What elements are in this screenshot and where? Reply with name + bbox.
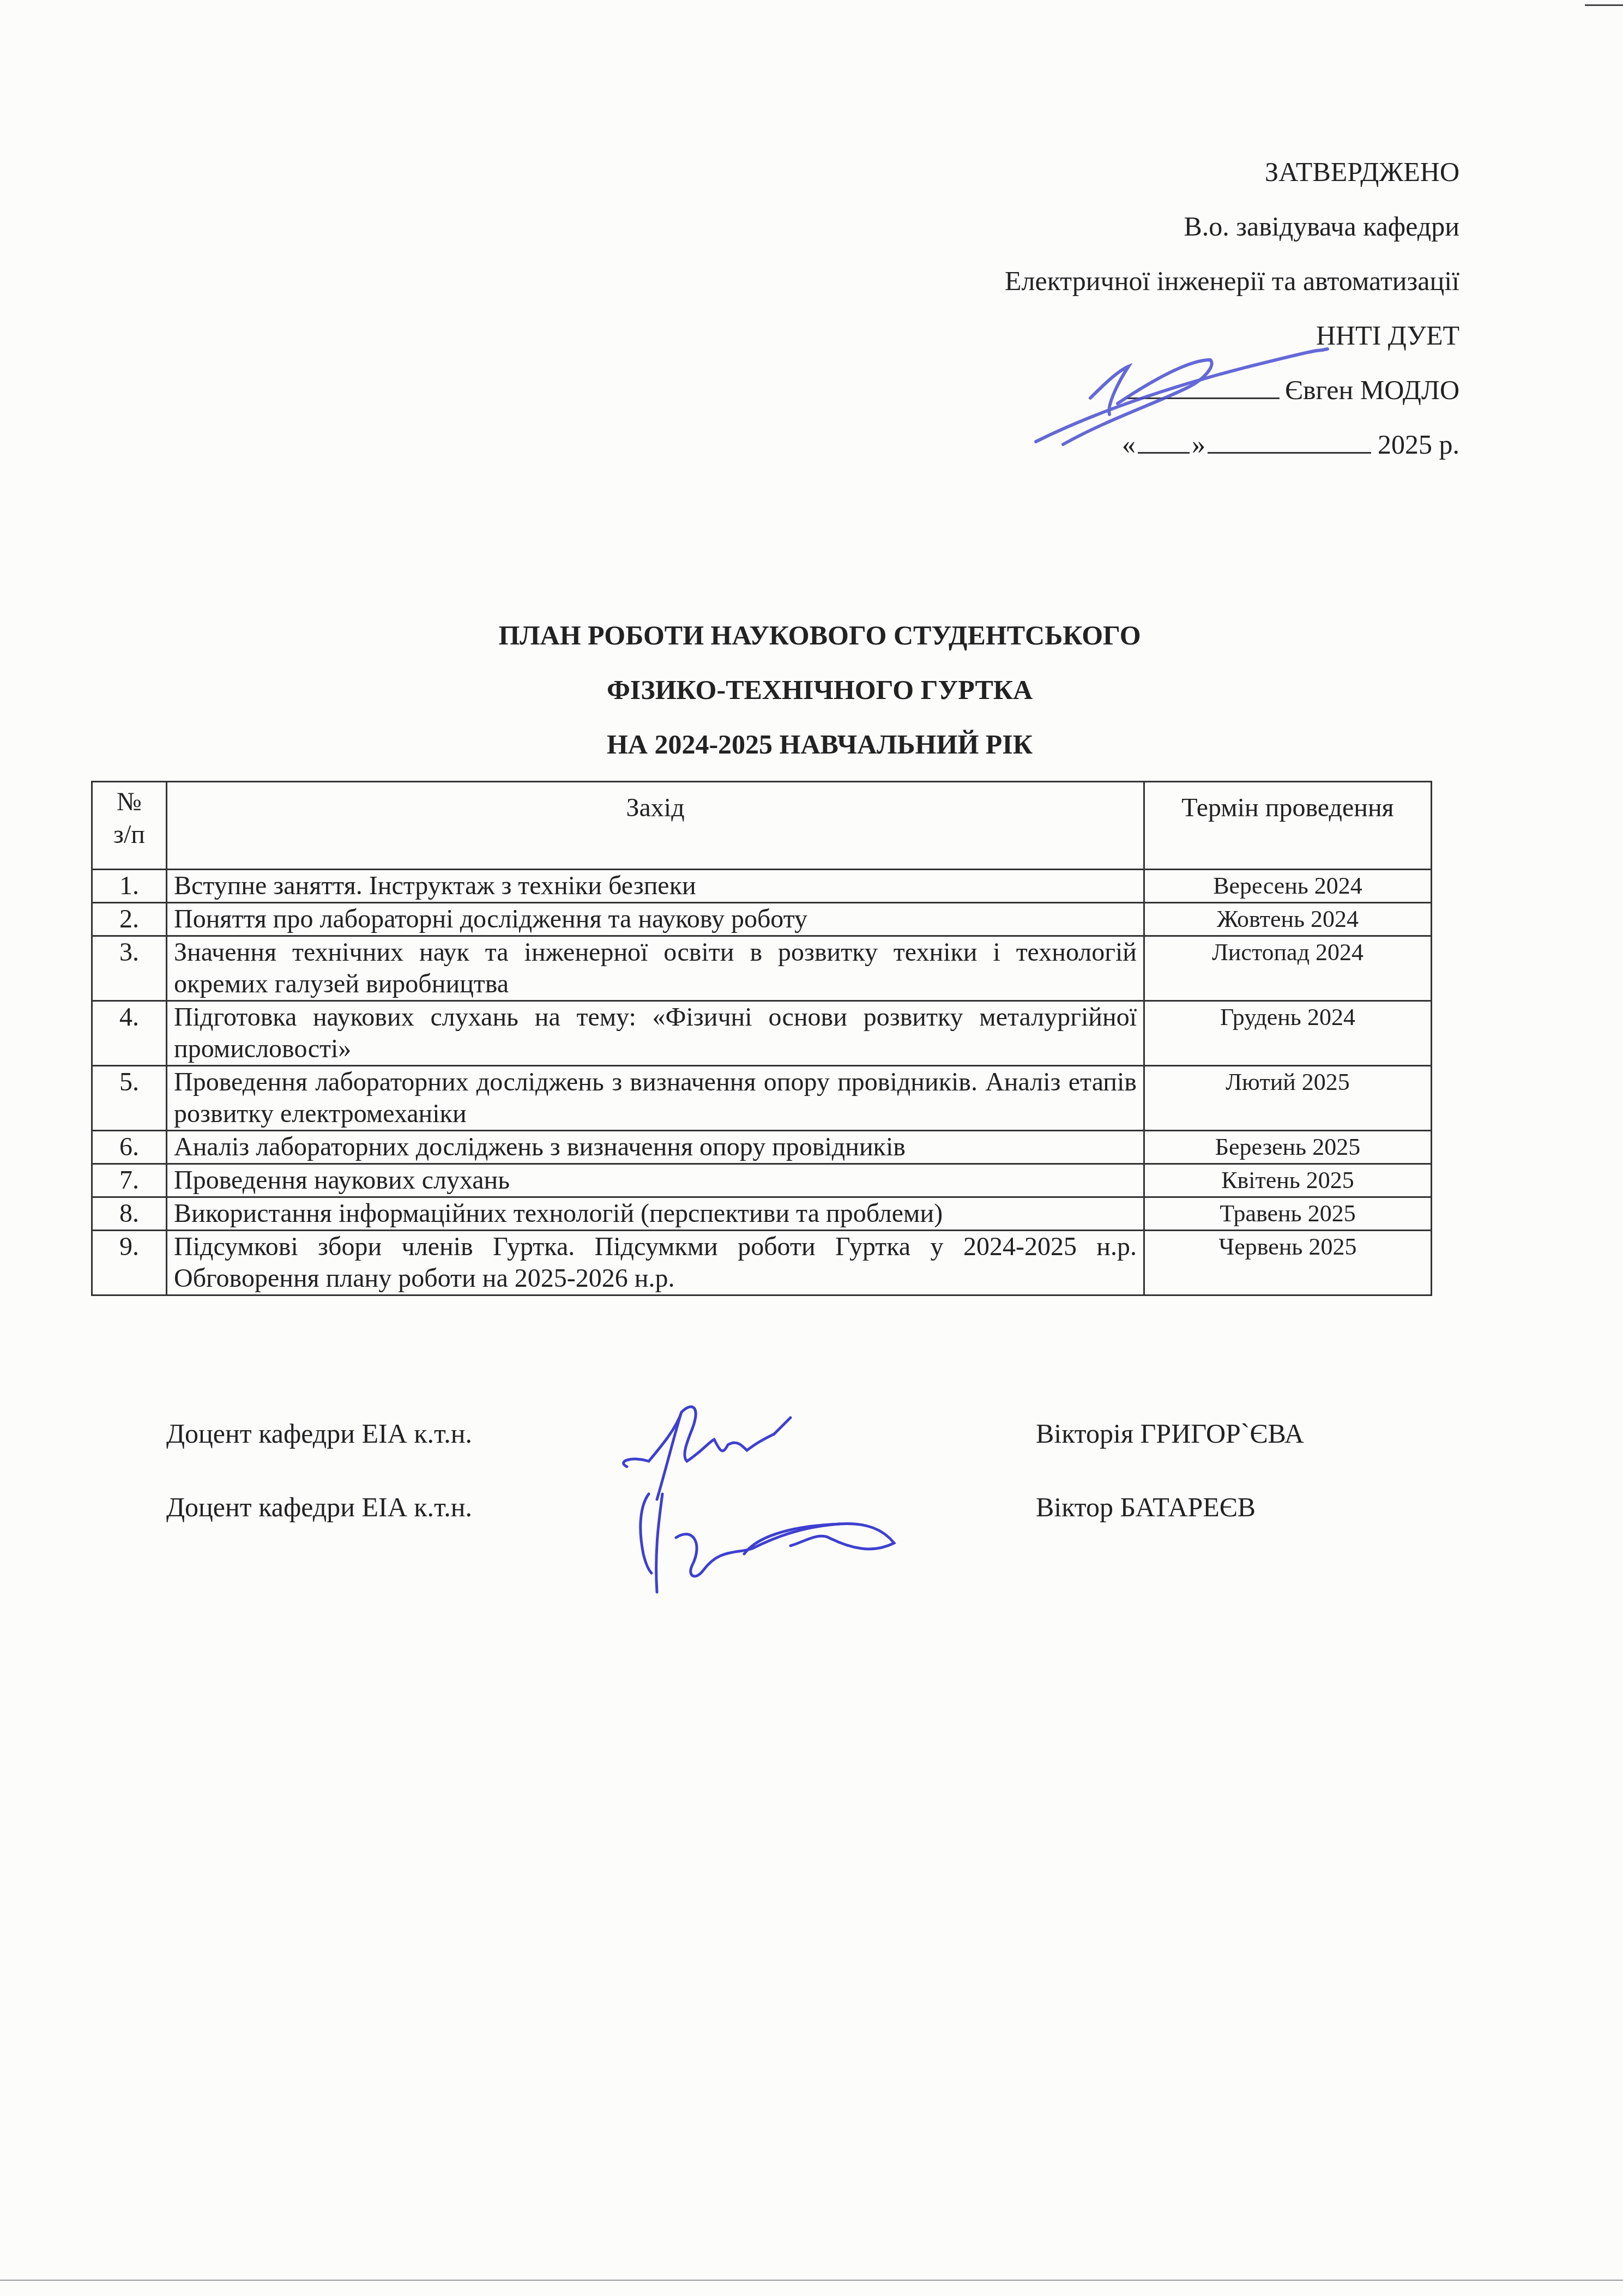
row-event: Вступне заняття. Інструктаж з техніки бе… [167,870,1144,903]
approval-heading: ЗАТВЕРДЖЕНО [751,144,1459,199]
row-event: Значення технічних наук та інженерної ос… [167,936,1144,1001]
table-row: 1.Вступне заняття. Інструктаж з техніки … [92,870,1432,903]
table-row: 5.Проведення лабораторних досліджень з в… [92,1066,1432,1131]
signature-row: Доцент кафедри ЕІА к.т.н. Вікторія ГРИГО… [166,1418,1420,1491]
row-event: Поняття про лабораторні дослідження та н… [167,903,1144,936]
header-date: Термін проведення [1144,782,1432,870]
approval-signatory: Євген МОДЛО [1285,375,1459,405]
date-open-quote: « [1122,429,1136,460]
row-date: Червень 2025 [1144,1231,1432,1295]
row-event: Проведення лабораторних досліджень з виз… [167,1066,1144,1131]
row-number: 1. [92,870,167,903]
title-line-1: ПЛАН РОБОТИ НАУКОВОГО СТУДЕНТСЬКОГО [16,608,1623,662]
signer-name: Віктор БАТАРЕЄВ [1036,1491,1256,1523]
signatures-block: Доцент кафедри ЕІА к.т.н. Вікторія ГРИГО… [166,1418,1420,1565]
date-close-quote: » [1192,429,1205,460]
row-event: Аналіз лабораторних досліджень з визначе… [167,1131,1144,1164]
approval-block: ЗАТВЕРДЖЕНО В.о. завідувача кафедри Елек… [751,144,1459,472]
header-event: Захід [167,782,1144,870]
approval-date-line: «»2025 р. [751,417,1459,472]
approval-position: В.о. завідувача кафедри [751,199,1459,254]
row-event: Підготовка наукових слухань на тему: «Фі… [167,1001,1144,1066]
scan-edge-bottom [0,2280,1623,2281]
table-row: 3.Значення технічних наук та інженерної … [92,936,1432,1001]
table-row: 6.Аналіз лабораторних досліджень з визна… [92,1131,1432,1164]
scan-edge-top-right [1585,4,1623,6]
approval-signature-line: Євген МОДЛО [751,363,1459,417]
table-row: 2.Поняття про лабораторні дослідження та… [92,903,1432,936]
row-date: Жовтень 2024 [1144,903,1432,936]
approval-institution: ННТІ ДУЕТ [751,308,1459,363]
table-row: 9.Підсумкові збори членів Гуртка. Підсум… [92,1231,1432,1295]
row-number: 5. [92,1066,167,1131]
date-year: 2025 р. [1378,429,1459,460]
table-row: 7.Проведення наукових слуханьКвітень 202… [92,1164,1432,1197]
row-date: Листопад 2024 [1144,936,1432,1001]
table-header-row: № з/п Захід Термін проведення [92,782,1432,870]
approval-department: Електричної інженерії та автоматизації [751,254,1459,308]
document-title: ПЛАН РОБОТИ НАУКОВОГО СТУДЕНТСЬКОГО ФІЗИ… [0,608,1623,772]
row-number: 4. [92,1001,167,1066]
row-date: Лютий 2025 [1144,1066,1432,1131]
header-number: № з/п [92,782,167,870]
row-date: Вересень 2024 [1144,870,1432,903]
signer-role: Доцент кафедри ЕІА к.т.н. [166,1491,472,1523]
signer-role: Доцент кафедри ЕІА к.т.н. [166,1418,472,1449]
row-number: 3. [92,936,167,1001]
row-date: Травень 2025 [1144,1197,1432,1231]
signer-name: Вікторія ГРИГОР`ЄВА [1036,1418,1304,1449]
month-blank [1208,425,1371,454]
row-date: Грудень 2024 [1144,1001,1432,1066]
day-blank [1138,425,1190,454]
signature-row: Доцент кафедри ЕІА к.т.н. Віктор БАТАРЕЄ… [166,1491,1420,1565]
table-row: 4.Підготовка наукових слухань на тему: «… [92,1001,1432,1066]
table-row: 8.Використання інформаційних технологій … [92,1197,1432,1231]
plan-table: № з/п Захід Термін проведення 1.Вступне … [91,781,1432,1296]
row-number: 7. [92,1164,167,1197]
title-line-2: ФІЗИКО-ТЕХНІЧНОГО ГУРТКА [16,662,1623,717]
row-date: Квітень 2025 [1144,1164,1432,1197]
row-date: Березень 2025 [1144,1131,1432,1164]
row-number: 2. [92,903,167,936]
signature-blank [1127,370,1280,399]
row-number: 9. [92,1231,167,1295]
row-event: Підсумкові збори членів Гуртка. Підсумкм… [167,1231,1144,1295]
row-number: 8. [92,1197,167,1231]
title-line-3: НА 2024-2025 НАВЧАЛЬНИЙ РІК [16,717,1623,772]
row-event: Використання інформаційних технологій (п… [167,1197,1144,1231]
row-number: 6. [92,1131,167,1164]
row-event: Проведення наукових слухань [167,1164,1144,1197]
